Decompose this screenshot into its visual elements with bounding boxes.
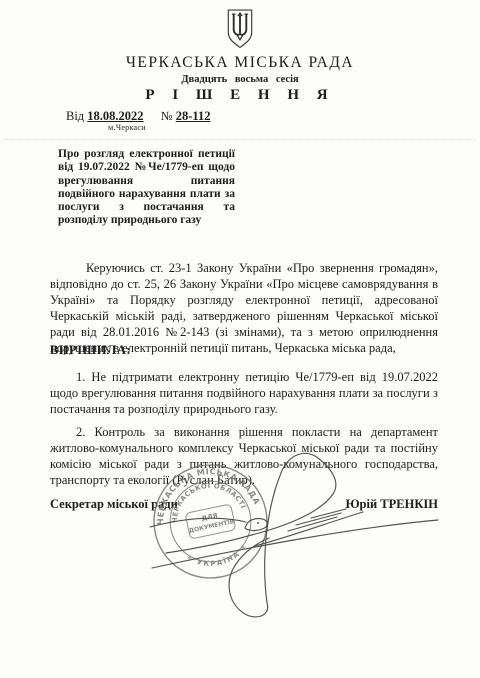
- decision-document-page: ЧЕРКАСЬКА МІСЬКА РАДА Двадцять восьма се…: [0, 0, 480, 678]
- org-name: ЧЕРКАСЬКА МІСЬКА РАДА: [0, 54, 480, 72]
- doc-type-title: Р І Ш Е Н Н Я: [0, 87, 480, 104]
- preamble-paragraph: Керуючись ст. 23-1 Закону України «Про з…: [50, 260, 438, 356]
- dateline: Від 18.08.2022 № 28-112: [66, 109, 210, 124]
- number-value: 28-112: [176, 109, 211, 123]
- number-label: №: [161, 109, 173, 123]
- city-label: м.Черкаси: [88, 123, 166, 132]
- date-value: 18.08.2022: [87, 109, 143, 123]
- session-title: Двадцять восьма сесія: [0, 74, 480, 85]
- resolved-heading: ВИРІШИЛА:: [50, 343, 131, 358]
- scan-artifact-line: [4, 139, 476, 140]
- decision-item-1: 1. Не підтримати електронну петицію Че/1…: [50, 369, 438, 417]
- subject-paragraph: Про розгляд електронної петиції від 19.0…: [58, 148, 235, 228]
- secretary-name: Юрій ТРЕНКІН: [345, 497, 438, 512]
- ukraine-trident-icon: [222, 8, 258, 50]
- document-header: ЧЕРКАСЬКА МІСЬКА РАДА Двадцять восьма се…: [0, 8, 480, 104]
- official-stamp: ЧЕРКАСЬКА МІСЬКА РАДА ЧЕРКАСЬКОЇ ОБЛАСТІ…: [139, 450, 283, 594]
- date-label: Від: [66, 109, 84, 123]
